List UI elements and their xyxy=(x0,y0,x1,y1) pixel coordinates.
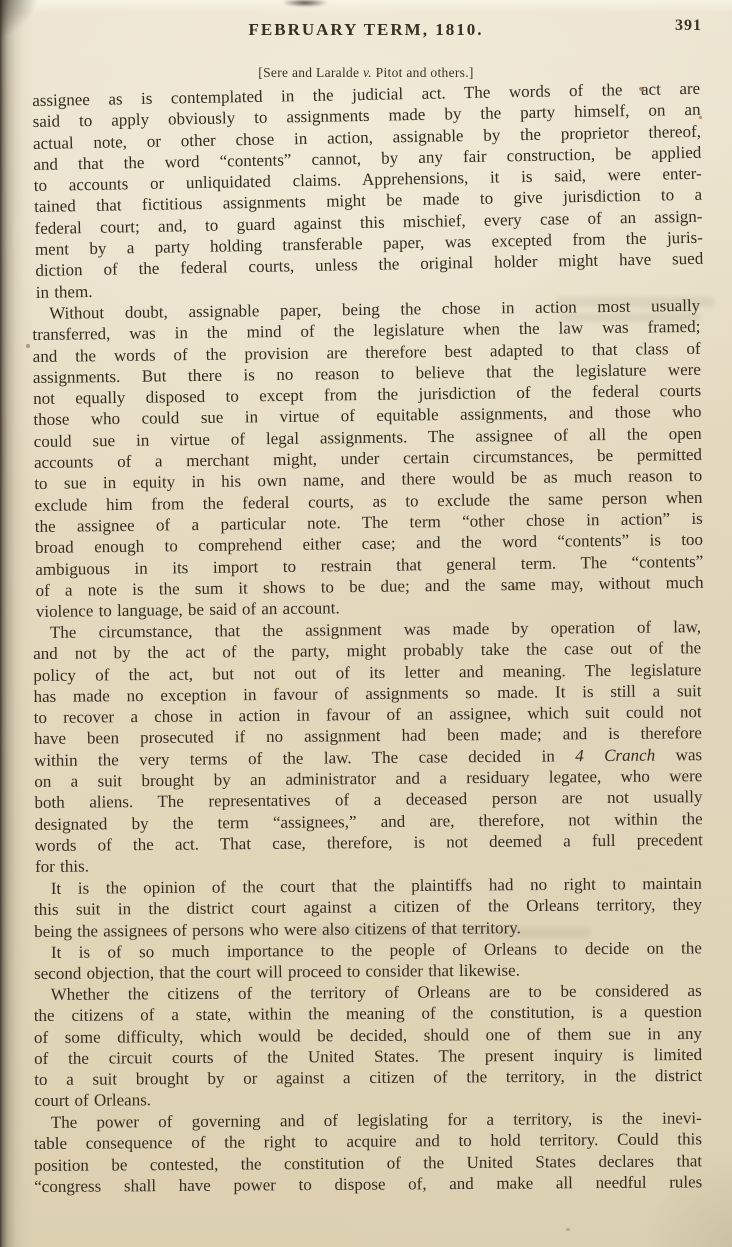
paragraph: Without doubt, assignable paper, being t… xyxy=(32,295,704,623)
term-title: FEBRUARY TERM, 1810. xyxy=(0,20,732,40)
case-caption-versus: v. xyxy=(359,65,375,80)
paragraph: It is of so much importance to the peopl… xyxy=(34,937,702,984)
citation-italic: 4 Cranch xyxy=(575,746,655,766)
text-segment: It is of so much importance to the peopl… xyxy=(51,938,702,962)
scanned-book-page: FEBRUARY TERM, 1810. 391 [Sere and Laral… xyxy=(0,0,732,1247)
text-segment: “congress shall have power to dispose of… xyxy=(34,1172,702,1196)
body-text: assignee as is contemplated in the judic… xyxy=(34,90,702,1197)
paragraph: assignee as is contemplated in the judic… xyxy=(32,78,704,303)
paragraph: The circumstance, that the assignment wa… xyxy=(33,617,703,878)
text-segment: court of Orleans. xyxy=(34,1091,151,1111)
paragraph: The power of governing and of legislatin… xyxy=(34,1108,703,1198)
text-segment: for this. xyxy=(35,857,89,876)
paper-speck xyxy=(26,344,30,348)
text-segment: in them. xyxy=(36,282,93,302)
paper-speck xyxy=(566,1228,570,1231)
text-segment: being the assignees of persons who were … xyxy=(34,918,521,941)
case-caption-post: Pitot and others.] xyxy=(376,65,474,80)
text-segment: this suit in the district court against … xyxy=(34,895,702,919)
case-caption-pre: [Sere and Laralde xyxy=(258,65,359,80)
paragraph: It is the opinion of the court that the … xyxy=(34,873,702,942)
text-segment: second objection, that the court will pr… xyxy=(34,961,520,983)
text-segment: was xyxy=(655,745,702,764)
paragraph: Whether the citizens of the territory of… xyxy=(34,980,703,1112)
text-segment: table consequence of the right to acquir… xyxy=(34,1130,702,1154)
text-segment: to a suit brought by or against a citize… xyxy=(34,1067,702,1090)
text-segment: violence to language, be said of an acco… xyxy=(36,598,340,621)
text-segment: the citizens of a state, within the mean… xyxy=(34,1003,702,1026)
page-number: 391 xyxy=(675,17,702,35)
running-header: FEBRUARY TERM, 1810. 391 xyxy=(0,0,732,48)
